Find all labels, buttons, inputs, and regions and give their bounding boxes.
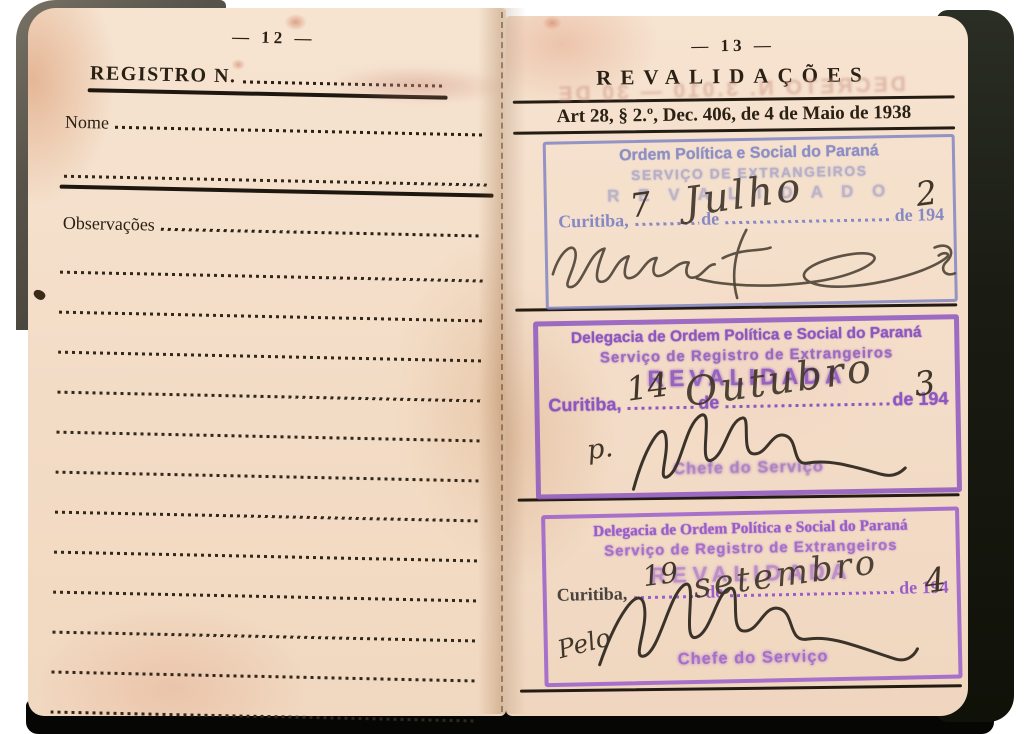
handwritten-per-prefix: p.	[585, 432, 615, 466]
registro-heading: REGISTRO N.	[90, 62, 237, 88]
observacoes-blank	[161, 228, 481, 238]
blank-dotted-line	[55, 511, 481, 523]
blank-dotted-line	[64, 175, 488, 187]
blank-dotted-line	[52, 631, 478, 643]
observacoes-field-row: Observações	[63, 213, 483, 243]
signature-scrawl	[618, 400, 919, 504]
page-12: — 12 — REGISTRO N. Nome Observações	[28, 8, 506, 716]
page-number: — 13 —	[502, 33, 964, 59]
nome-blank	[115, 126, 483, 137]
signature-scrawl	[587, 571, 928, 679]
signature-scrawl	[546, 221, 957, 306]
blank-dotted-line	[54, 551, 480, 563]
blank-dotted-line	[57, 391, 483, 403]
nome-label: Nome	[65, 112, 109, 134]
observacoes-label: Observações	[63, 213, 155, 236]
revalidation-entry-1942: Ordem Política e Social do Paraná SERVIÇ…	[543, 135, 957, 308]
revalidation-entry-1943: Delegacia de Ordem Política e Social do …	[533, 315, 961, 498]
blank-dotted-line	[59, 311, 485, 323]
blank-dotted-line	[60, 271, 486, 283]
revalidation-entry-1944: Delegacia de Ordem Política e Social do …	[542, 508, 962, 685]
page-number: — 12 —	[35, 23, 513, 53]
blank-dotted-line	[58, 351, 484, 363]
blank-dotted-line	[51, 671, 477, 683]
place-label: Curitiba,	[548, 394, 621, 416]
scanned-booklet-spread: — 12 — REGISTRO N. Nome Observações	[0, 0, 1024, 734]
ink-speck	[32, 288, 47, 302]
blank-dotted-line	[56, 431, 482, 443]
binding-stitching	[501, 12, 503, 712]
blank-dotted-line	[56, 471, 482, 483]
section-divider-rule	[60, 185, 494, 198]
nome-field-row: Nome	[65, 112, 485, 142]
blank-dotted-line	[53, 591, 479, 603]
page-13: DECRETO N. 3.010 — 30 DE — 13 — REVALIDA…	[506, 16, 968, 716]
